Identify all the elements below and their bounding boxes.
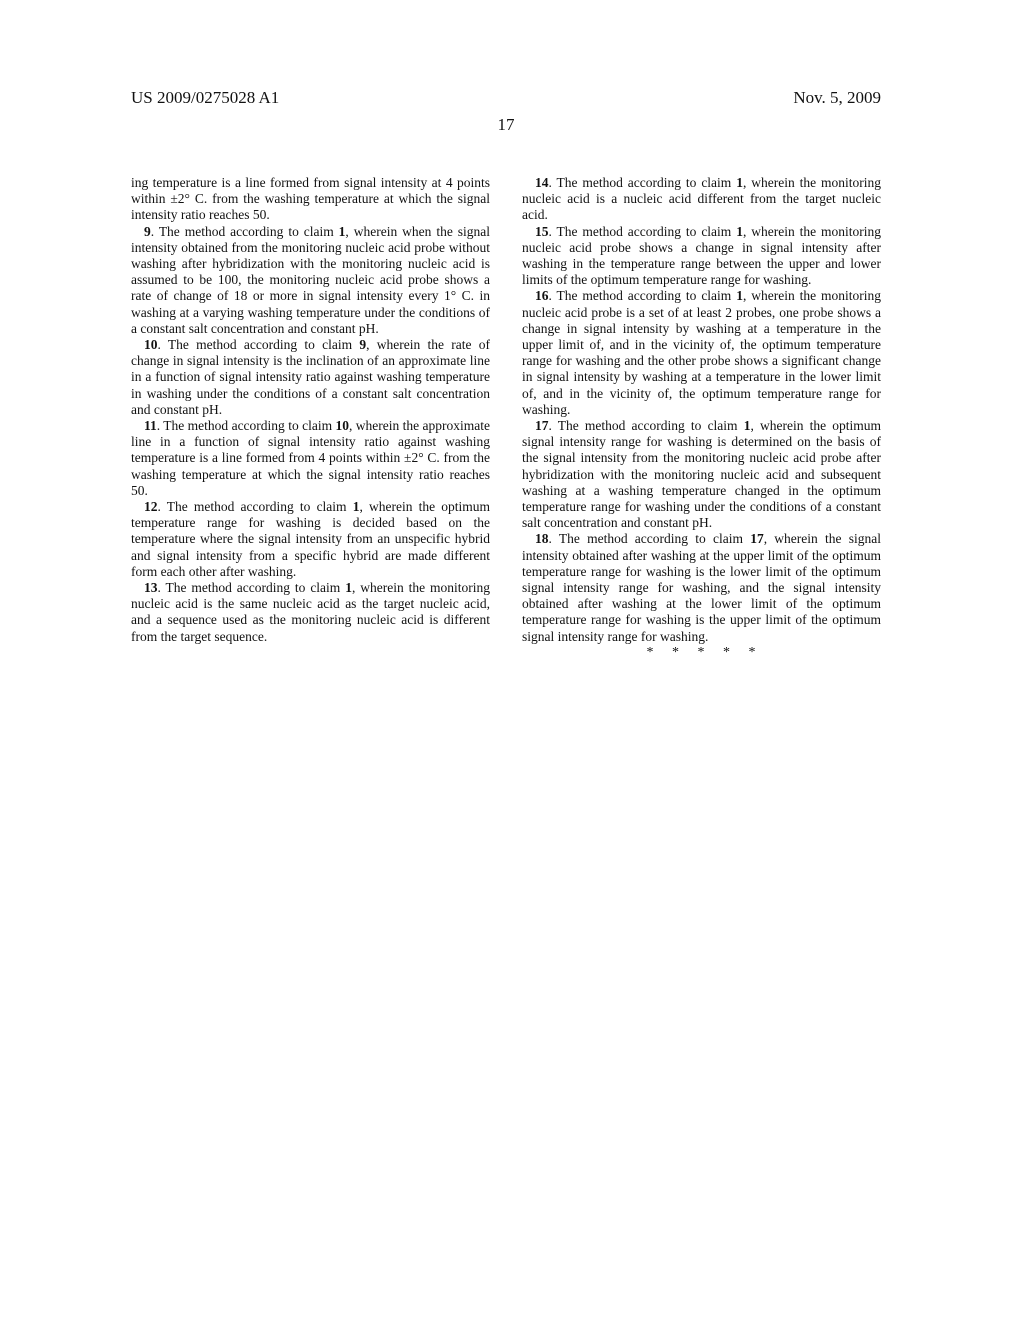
claim-number: 10 <box>335 418 349 433</box>
claim-number: 9 <box>144 224 151 239</box>
claim-number: 1 <box>736 175 743 190</box>
patent-publication-number: US 2009/0275028 A1 <box>131 88 279 108</box>
claim-number: 16 <box>535 288 549 303</box>
claim-text: . The method according to claim <box>549 224 737 239</box>
claim-18: 18. The method according to claim 17, wh… <box>522 531 881 644</box>
claim-number: 1 <box>736 288 743 303</box>
claim-number: 11 <box>144 418 157 433</box>
claim-text: , wherein the optimum signal intensity r… <box>522 418 881 530</box>
claim-text: . The method according to claim <box>157 418 336 433</box>
publication-date: Nov. 5, 2009 <box>793 88 881 108</box>
claim-number: 1 <box>345 580 352 595</box>
claim-text: , wherein when the signal intensity obta… <box>131 224 490 336</box>
claim-text: . The method according to claim <box>158 499 353 514</box>
claim-text: , wherein the signal intensity obtained … <box>522 531 881 643</box>
claim-text: . The method according to claim <box>549 175 737 190</box>
claim-number: 17 <box>535 418 549 433</box>
claim-text: , wherein the monitoring nucleic acid pr… <box>522 288 881 416</box>
claim-text: ing temperature is a line formed from si… <box>131 175 490 222</box>
claim-17: 17. The method according to claim 1, whe… <box>522 418 881 531</box>
claim-13: 13. The method according to claim 1, whe… <box>131 580 490 645</box>
claim-number: 17 <box>750 531 764 546</box>
claim-10: 10. The method according to claim 9, whe… <box>131 337 490 418</box>
claim-text: . The method according to claim <box>158 580 346 595</box>
claim-11: 11. The method according to claim 10, wh… <box>131 418 490 499</box>
claim-text: . The method according to claim <box>549 531 751 546</box>
claims-column-right: 14. The method according to claim 1, whe… <box>522 175 881 661</box>
claim-number: 12 <box>144 499 158 514</box>
claim-number: 13 <box>144 580 158 595</box>
page-header: US 2009/0275028 A1 Nov. 5, 2009 <box>131 88 881 108</box>
claim-15: 15. The method according to claim 1, whe… <box>522 224 881 289</box>
claim-12: 12. The method according to claim 1, whe… <box>131 499 490 580</box>
claim-9: 9. The method according to claim 1, wher… <box>131 224 490 337</box>
claim-number: 1 <box>736 224 743 239</box>
claim-text: . The method according to claim <box>549 288 737 303</box>
claim-14: 14. The method according to claim 1, whe… <box>522 175 881 224</box>
claim-16: 16. The method according to claim 1, whe… <box>522 288 881 418</box>
claim-text: . The method according to claim <box>158 337 360 352</box>
claim-8-continuation: ing temperature is a line formed from si… <box>131 175 490 224</box>
patent-page: US 2009/0275028 A1 Nov. 5, 2009 17 ing t… <box>0 0 1024 1320</box>
claims-text-block: ing temperature is a line formed from si… <box>131 175 881 661</box>
claims-column-left: ing temperature is a line formed from si… <box>131 175 490 661</box>
claim-number: 18 <box>535 531 549 546</box>
claim-text: . The method according to claim <box>549 418 744 433</box>
claim-number: 15 <box>535 224 549 239</box>
claim-number: 14 <box>535 175 549 190</box>
end-of-claims-marker: * * * * * <box>522 645 881 661</box>
claim-number: 10 <box>144 337 158 352</box>
page-number: 17 <box>131 115 881 135</box>
claim-text: . The method according to claim <box>151 224 339 239</box>
